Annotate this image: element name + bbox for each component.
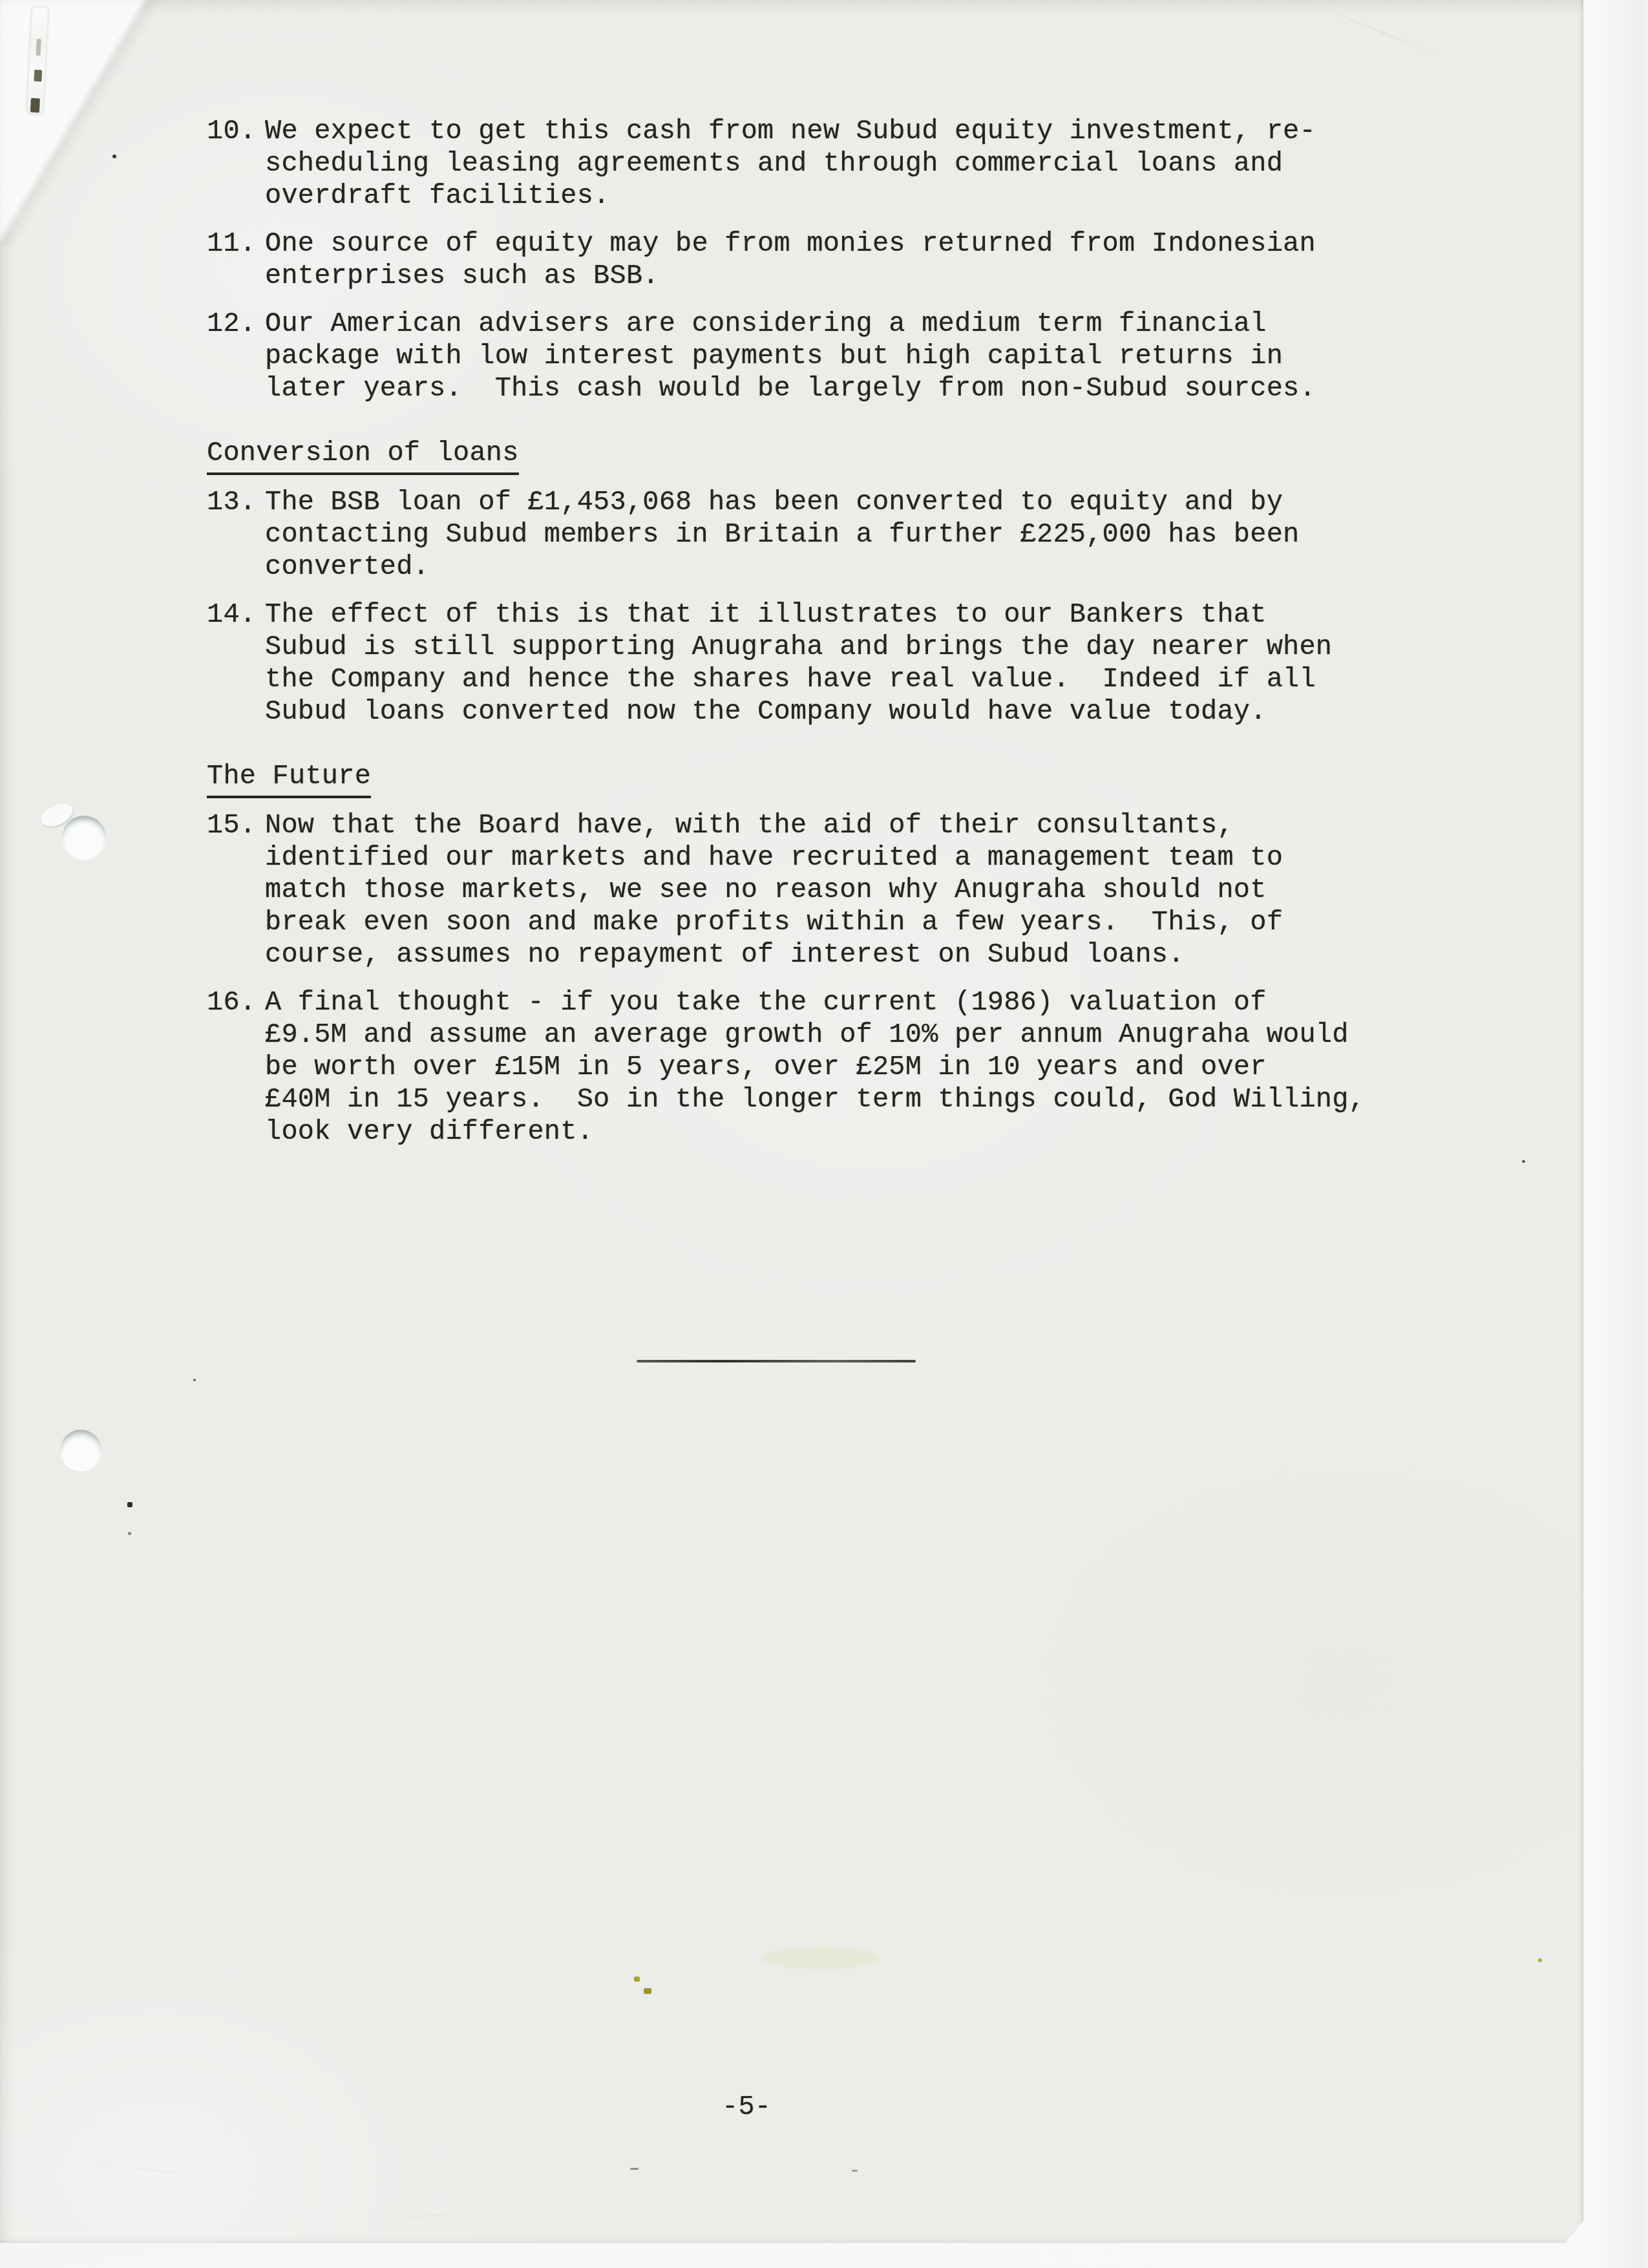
item-text: A final thought - if you take the curren…	[265, 986, 1365, 1148]
list-item-11: 11. One source of equity may be from mon…	[207, 228, 1383, 292]
document-body: 10. We expect to get this cash from new …	[207, 115, 1383, 1163]
list-item-15: 15. Now that the Board have, with the ai…	[207, 809, 1383, 971]
paper-speck	[644, 1988, 651, 1994]
item-number: 12.	[207, 308, 265, 340]
list-item-13: 13. The BSB loan of £1,453,068 has been …	[207, 486, 1383, 583]
heading-text: Conversion of loans	[207, 437, 519, 475]
paper-speck	[193, 1379, 196, 1381]
paper-speck	[112, 154, 116, 158]
item-number: 16.	[207, 986, 265, 1019]
list-item-12: 12. Our American advisers are considerin…	[207, 308, 1383, 405]
pencil-dash	[852, 2170, 858, 2172]
paper-crease	[362, 2203, 594, 2221]
item-text: Our American advisers are considering a …	[265, 308, 1316, 405]
item-text: One source of equity may be from monies …	[265, 228, 1316, 292]
divider-line	[637, 1360, 916, 1362]
hole-punch-top	[62, 816, 106, 860]
paper-crease	[1280, 0, 1616, 128]
page-number: -5-	[722, 2091, 771, 2123]
item-number: 15.	[207, 809, 265, 842]
paper-speck	[634, 1977, 640, 1982]
staple-tear	[30, 98, 40, 113]
paper-speck	[127, 1502, 132, 1507]
item-number: 13.	[207, 486, 265, 518]
item-text: The BSB loan of £1,453,068 has been conv…	[265, 486, 1299, 583]
staple-tear	[36, 39, 41, 56]
paper-crease	[78, 2160, 348, 2194]
section-heading-the-future: The Future	[207, 760, 1383, 798]
hole-punch-bottom	[60, 1430, 101, 1471]
paper-speck	[128, 1532, 131, 1535]
list-item-10: 10. We expect to get this cash from new …	[207, 115, 1383, 212]
scanner-background: 10. We expect to get this cash from new …	[0, 0, 1648, 2268]
heading-text: The Future	[207, 760, 371, 798]
paper-smudge	[763, 1947, 879, 1969]
item-number: 11.	[207, 228, 265, 260]
item-text: Now that the Board have, with the aid of…	[265, 809, 1283, 971]
paper-speck	[1522, 1160, 1525, 1163]
pencil-dash	[630, 2168, 639, 2170]
list-item-16: 16. A final thought - if you take the cu…	[207, 986, 1383, 1148]
item-number: 14.	[207, 599, 265, 631]
item-number: 10.	[207, 115, 265, 147]
item-text: We expect to get this cash from new Subu…	[265, 115, 1316, 212]
item-text: The effect of this is that it illustrate…	[265, 599, 1332, 728]
document-page: 10. We expect to get this cash from new …	[0, 0, 1583, 2243]
paper-speck	[1538, 1958, 1542, 1962]
staple-tear	[34, 70, 42, 82]
section-heading-conversion-of-loans: Conversion of loans	[207, 437, 1383, 475]
list-item-14: 14. The effect of this is that it illust…	[207, 599, 1383, 728]
